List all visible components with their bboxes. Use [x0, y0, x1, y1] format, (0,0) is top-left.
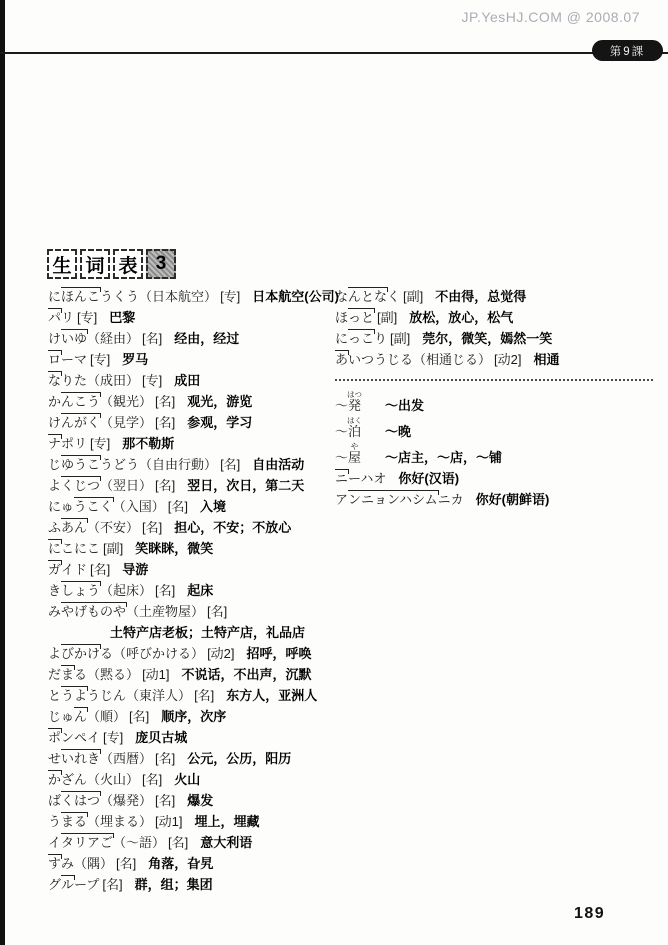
vocab-entry: なんとなく[副]不由得，总觉得 [335, 286, 653, 307]
vocab-entry: きしょう（起床）[名]起床 [48, 580, 339, 601]
vocab-word: とうようじん [48, 688, 126, 703]
page-number: 189 [574, 905, 605, 923]
vocab-entry: よくじつ（翌日）[名]翌日，次日，第二天 [48, 475, 339, 496]
vocab-kanji: （観光） [100, 394, 152, 409]
vocab-meaning: 巴黎 [109, 310, 135, 325]
vocab-pos: [动1] [155, 814, 182, 829]
vocab-pos: [名] [142, 331, 162, 346]
pitch-accent-mark: っと [348, 310, 374, 325]
vocab-entry: にほんこうくう（日本航空）[专]日本航空(公司) [48, 286, 339, 307]
vocab-entry: なりた（成田）[专]成田 [48, 370, 339, 391]
vocab-entry: とうようじん（東洋人）[名]东方人，亚洲人 [48, 685, 339, 706]
vocab-pos: [名] [155, 478, 175, 493]
pitch-accent-mark: ほんこ [61, 289, 100, 304]
vocab-word: きしょう [48, 583, 100, 598]
vocab-meaning: 火山 [174, 772, 200, 787]
vocab-entry: ほっと[副]放松，放心，松气 [335, 307, 653, 328]
vocab-header-number: 3 [146, 249, 176, 279]
vocab-pos: [名] [207, 604, 227, 619]
vocab-meaning: 招呼，呼唤 [247, 646, 312, 661]
vocab-word: アンニョンハシムニカ [335, 492, 464, 507]
pitch-accent-mark: ポ [48, 730, 61, 745]
vocab-meaning: 庞贝古城 [135, 730, 187, 745]
vocab-pos: [动1] [142, 667, 169, 682]
vocab-word: ほっと [335, 310, 374, 325]
pitch-accent-mark: っこ [348, 331, 374, 346]
vocab-pos: [名] [102, 877, 122, 892]
vocab-meaning: 群，组；集团 [135, 877, 213, 892]
pitch-accent-mark: んこう [61, 394, 100, 409]
vocab-kanji: （西暦） [100, 751, 152, 766]
vocab-meaning: 埋上，埋藏 [195, 814, 260, 829]
vocab-word: ガイド [48, 562, 87, 577]
vocab-kanji: （入国） [113, 499, 165, 514]
pitch-accent-mark: ん [74, 709, 87, 724]
vocab-kanji: （〜語） [113, 835, 165, 850]
pitch-accent-mark: あ [335, 352, 348, 367]
vocab-entry: けいゆ（経由）[名]经由，经过 [48, 328, 339, 349]
lesson-badge: 第9課 [592, 40, 663, 61]
vocab-meaning: 观光，游览 [187, 394, 252, 409]
vocab-entry: すみ（隅）[名]角落，旮旯 [48, 853, 339, 874]
pitch-accent-mark: ゆうこ [61, 457, 100, 472]
vocab-pos: [名] [116, 856, 136, 871]
vocab-entry: よびかける（呼びかける）[动2]招呼，呼唤 [48, 643, 339, 664]
vocab-meaning: 自由活动 [252, 457, 304, 472]
vocab-word: よくじつ [48, 478, 100, 493]
vocab-kanji: （不安） [87, 520, 139, 535]
vocab-kanji: （翌日） [100, 478, 152, 493]
vocab-word: にほんこうくう [48, 289, 139, 304]
vocab-entry: にゅうこく（入国）[名]入境 [48, 496, 339, 517]
vocab-pos: [专] [220, 289, 240, 304]
pitch-accent-mark: ま [61, 667, 74, 682]
pitch-accent-mark: くはつ [61, 793, 100, 808]
vocab-header-char: 生 [47, 249, 77, 279]
vocab-kanji: （経由） [87, 331, 139, 346]
vocab-entry: ばくはつ（爆発）[名]爆发 [48, 790, 339, 811]
vocab-entry: みやげものや（土産物屋）[名] [48, 601, 339, 622]
pitch-accent-mark: タリアご [61, 835, 113, 850]
vocab-pos: [专] [142, 373, 162, 388]
vocab-entry: けんがく（見学）[名]参观，学习 [48, 412, 339, 433]
vocab-pos: [副] [103, 541, 123, 556]
vocab-meaning: 经由，经过 [174, 331, 239, 346]
vocab-meaning: 莞尔，微笑，嫣然一笑 [422, 331, 552, 346]
vocab-entry: ニーハオ你好(汉语) [335, 468, 653, 489]
vocab-entry: にっこり[副]莞尔，微笑，嫣然一笑 [335, 328, 653, 349]
pitch-accent-mark: に [48, 541, 61, 556]
vocab-word: じゆうこうどう [48, 457, 139, 472]
vocab-kanji: （順） [87, 709, 126, 724]
vocab-kanji: （起床） [100, 583, 152, 598]
pitch-accent-mark: くじつ [61, 478, 100, 493]
vocab-kanji: （火山） [87, 772, 139, 787]
pitch-accent-mark: しょう [61, 583, 100, 598]
pitch-accent-mark: ンニョンハシム [348, 492, 438, 507]
vocab-left-column: にほんこうくう（日本航空）[专]日本航空(公司) パリ[专]巴黎 けいゆ（経由）… [48, 286, 339, 895]
vocab-kanji: （成田） [87, 373, 139, 388]
vocab-entry: ナポリ[专]那不勒斯 [48, 433, 339, 454]
page-left-edge-bar [0, 0, 5, 945]
vocab-meaning: 那不勒斯 [122, 436, 174, 451]
vocab-word: かざん [48, 772, 87, 787]
vocab-pos: [名] [142, 520, 162, 535]
vocab-pos: [专] [77, 310, 97, 325]
vocab-entry: ふあん（不安）[名]担心，不安；不放心 [48, 517, 339, 538]
vocab-word: すみ [48, 856, 74, 871]
vocab-meaning: 翌日，次日，第二天 [187, 478, 304, 493]
vocab-pos: [专] [90, 352, 110, 367]
vocab-word: ローマ [48, 352, 87, 367]
vocab-pos: [副] [377, 310, 397, 325]
pitch-accent-mark: うこく [74, 499, 113, 514]
vocab-kanji: （埋まる） [87, 814, 152, 829]
pitch-accent-mark: な [48, 373, 61, 388]
watermark-text: JP.YesHJ.COM @ 2008.07 [461, 9, 640, 25]
pitch-accent-mark: ナ [48, 436, 61, 451]
pitch-accent-mark: か [48, 772, 61, 787]
vocab-kanji: （隅） [74, 856, 113, 871]
pitch-accent-mark: ロ [48, 352, 61, 367]
pitch-accent-mark: あん [61, 520, 87, 535]
vocab-meaning: 东方人，亚洲人 [226, 688, 317, 703]
vocab-pos: [名] [220, 457, 240, 472]
vocab-entry: せいれき（西暦）[名]公元，公历，阳历 [48, 748, 339, 769]
vocab-entry: 土特产店老板；土特产店，礼品店 [48, 622, 339, 643]
vocab-pos: [名] [155, 583, 175, 598]
vocab-meaning: 公元，公历，阳历 [187, 751, 291, 766]
vocab-meaning: 意大利语 [200, 835, 252, 850]
pitch-accent-mark: やげものや [61, 604, 126, 619]
vocab-entry: かんこう（観光）[名]观光，游览 [48, 391, 339, 412]
vocab-word: よびかける [48, 646, 113, 661]
vocab-pos: [名] [155, 415, 175, 430]
pitch-accent-mark: まる [61, 814, 87, 829]
vocab-word: 〜発はつ [335, 398, 361, 413]
pitch-accent-mark: んがく [61, 415, 100, 430]
vocab-meaning: 参观，学习 [187, 415, 252, 430]
vocab-entry: パリ[专]巴黎 [48, 307, 339, 328]
vocab-word: 〜屋や [335, 450, 361, 465]
vocab-pos: [名] [168, 499, 188, 514]
vocab-entry: グループ[名]群，组；集团 [48, 874, 339, 895]
vocab-list-header: 生 词 表 3 [47, 249, 176, 279]
vocab-word: うまる [48, 814, 87, 829]
vocab-entry: ガイド[名]导游 [48, 559, 339, 580]
vocab-meaning: 罗马 [122, 352, 148, 367]
vocab-word: かんこう [48, 394, 100, 409]
vocab-meaning: 担心，不安；不放心 [174, 520, 291, 535]
vocab-kanji: （見学） [100, 415, 152, 430]
vocab-entry: あいつうじる（相通じる）[动2]相通 [335, 349, 653, 370]
vocab-meaning: 角落，旮旯 [148, 856, 213, 871]
vocab-meaning: 日本航空(公司) [252, 289, 339, 304]
vocab-pos: [动2] [207, 646, 234, 661]
vocab-entry: ローマ[专]罗马 [48, 349, 339, 370]
vocab-meaning: 成田 [174, 373, 200, 388]
vocab-pos: [名] [155, 751, 175, 766]
vocab-meaning: 顺序，次序 [161, 709, 226, 724]
vocab-meaning: 〜晚 [385, 424, 411, 439]
vocab-word: あいつうじる [335, 352, 413, 367]
vocab-header-char: 表 [113, 249, 143, 279]
vocab-word: にっこり [335, 331, 387, 346]
vocab-entry: にこにこ[副]笑眯眯，微笑 [48, 538, 339, 559]
vocab-pos: [名] [90, 562, 110, 577]
vocab-meaning: 相通 [534, 352, 560, 367]
pitch-accent-mark: す [48, 856, 61, 871]
vocab-entry: ポンペイ[专]庞贝古城 [48, 727, 339, 748]
vocab-word: ふあん [48, 520, 87, 535]
vocab-word: じゅん [48, 709, 87, 724]
vocab-meaning: 笑眯眯，微笑 [135, 541, 213, 556]
vocab-word: にこにこ [48, 541, 100, 556]
vocab-word: グループ [48, 877, 99, 892]
vocab-word: にゅうこく [48, 499, 113, 514]
pitch-accent-mark: うよ [61, 688, 87, 703]
vocab-kanji: （自由行動） [139, 457, 217, 472]
vocab-meaning: 起床 [187, 583, 213, 598]
vocab-kanji: （爆発） [100, 793, 152, 808]
vocab-entry: 〜泊はく〜晚 [335, 416, 653, 442]
vocab-pos: [专] [103, 730, 123, 745]
vocab-word: イタリアご [48, 835, 113, 850]
vocab-meaning: 你好(汉语) [398, 471, 459, 486]
pitch-accent-mark: ガ [48, 562, 61, 577]
pitch-accent-mark: いれき [61, 751, 100, 766]
scanned-textbook-page: JP.YesHJ.COM @ 2008.07 第9課 生 词 表 3 にほんこう… [0, 0, 668, 945]
vocab-meaning: 你好(朝鲜语) [476, 492, 550, 507]
pitch-accent-mark: びかけ [61, 646, 100, 661]
header-rule [0, 52, 668, 54]
vocab-pos: [名] [129, 709, 149, 724]
vocab-pos: [名] [168, 835, 188, 850]
vocab-pos: [名] [142, 772, 162, 787]
vocab-kanji: （東洋人） [126, 688, 191, 703]
vocab-pos: [副] [390, 331, 410, 346]
pitch-accent-mark: ニ [335, 471, 348, 486]
vocab-meaning: 不说话，不出声，沉默 [182, 667, 312, 682]
vocab-word: せいれき [48, 751, 100, 766]
vocab-meaning: 〜出发 [385, 398, 424, 413]
vocab-word: 〜泊はく [335, 424, 361, 439]
vocab-entry: かざん（火山）[名]火山 [48, 769, 339, 790]
vocab-pos: [专] [90, 436, 110, 451]
vocab-pos: [动2] [494, 352, 521, 367]
vocab-pos: [名] [194, 688, 214, 703]
vocab-meaning: 〜店主，〜店，〜铺 [385, 450, 502, 465]
vocab-meaning: 入境 [200, 499, 226, 514]
pitch-accent-mark: パ [48, 310, 61, 325]
vocab-word: けいゆ [48, 331, 87, 346]
pitch-accent-mark: んとな [348, 289, 387, 304]
vocab-entry: じゅん（順）[名]顺序，次序 [48, 706, 339, 727]
vocab-meaning: 放松，放心，松气 [409, 310, 513, 325]
vocab-meaning: 不由得，总觉得 [435, 289, 526, 304]
dotted-separator [335, 370, 653, 390]
vocab-word: なんとなく [335, 289, 400, 304]
vocab-pos: [名] [155, 394, 175, 409]
vocab-entry: アンニョンハシムニカ你好(朝鲜语) [335, 489, 653, 510]
vocab-word: パリ [48, 310, 74, 325]
vocab-word: だまる [48, 667, 87, 682]
vocab-pos: [副] [403, 289, 423, 304]
vocab-kanji: （土産物屋） [126, 604, 204, 619]
vocab-entry: 〜発はつ〜出发 [335, 390, 653, 416]
vocab-pos: [名] [155, 793, 175, 808]
vocab-right-column: なんとなく[副]不由得，总觉得 ほっと[副]放松，放心，松气 にっこり[副]莞尔… [335, 286, 653, 510]
vocab-word: けんがく [48, 415, 100, 430]
vocab-word: なりた [48, 373, 87, 388]
vocab-word: みやげものや [48, 604, 126, 619]
pitch-accent-mark: ル [61, 877, 74, 892]
pitch-accent-mark: いゆ [61, 331, 87, 346]
vocab-kanji: （相通じる） [413, 352, 491, 367]
vocab-entry: 〜屋や〜店主，〜店，〜铺 [335, 442, 653, 468]
vocab-word: ニーハオ [335, 471, 386, 486]
vocab-meaning: 土特产店老板；土特产店，礼品店 [110, 625, 305, 640]
vocab-entry: じゆうこうどう（自由行動）[名]自由活动 [48, 454, 339, 475]
vocab-kanji: （黙る） [87, 667, 139, 682]
vocab-word: ポンペイ [48, 730, 100, 745]
vocab-word: ばくはつ [48, 793, 100, 808]
vocab-entry: うまる（埋まる）[动1]埋上，埋藏 [48, 811, 339, 832]
vocab-kanji: （呼びかける） [113, 646, 204, 661]
vocab-entry: イタリアご（〜語）[名]意大利语 [48, 832, 339, 853]
vocab-word: ナポリ [48, 436, 87, 451]
vocab-header-char: 词 [80, 249, 110, 279]
vocab-meaning: 导游 [122, 562, 148, 577]
vocab-kanji: （日本航空） [139, 289, 217, 304]
vocab-meaning: 爆发 [187, 793, 213, 808]
vocab-entry: だまる（黙る）[动1]不说话，不出声，沉默 [48, 664, 339, 685]
